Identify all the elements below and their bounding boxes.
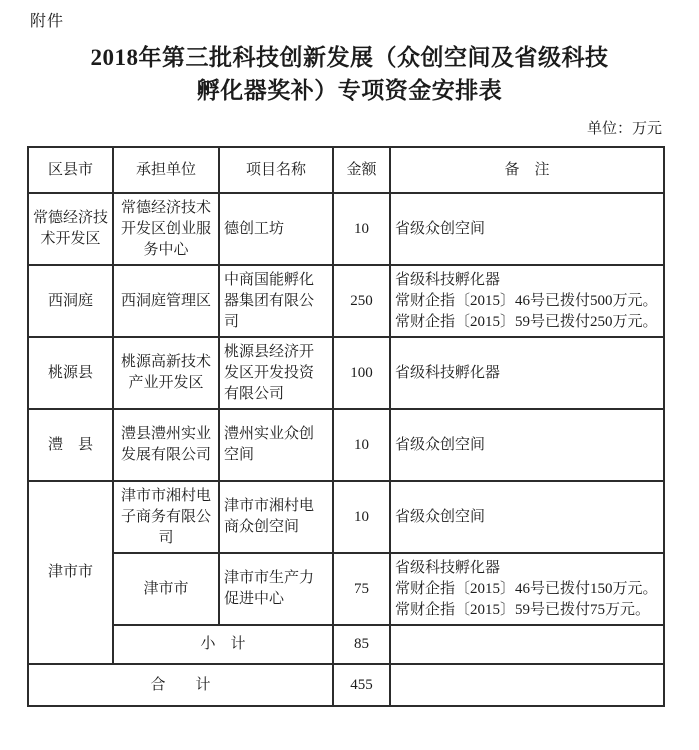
col-header-unit: 承担单位 xyxy=(113,147,219,193)
cell-remark: 省级科技孵化器 xyxy=(390,337,664,409)
col-header-district: 区县市 xyxy=(28,147,113,193)
document-page: 附件 2018年第三批科技创新发展（众创空间及省级科技孵化器奖补）专项资金安排表… xyxy=(0,0,699,750)
subtotal-amount: 85 xyxy=(333,625,390,664)
cell-remark: 省级科技孵化器 常财企指〔2015〕46号已拨付500万元。 常财企指〔2015… xyxy=(390,265,664,337)
total-amount: 455 xyxy=(333,664,390,706)
table-row-changde: 常德经济技术开发区 常德经济技术开发区创业服务中心 德创工坊 10 省级众创空间 xyxy=(28,193,664,265)
table-row-subtotal: 小 计 85 xyxy=(28,625,664,664)
col-header-remark: 备 注 xyxy=(390,147,664,193)
table-header-row: 区县市 承担单位 项目名称 金额 备 注 xyxy=(28,147,664,193)
cell-remark-empty xyxy=(390,664,664,706)
cell-amount: 100 xyxy=(333,337,390,409)
table-row-taoyuan: 桃源县 桃源高新技术产业开发区 桃源县经济开发区开发投资有限公司 100 省级科… xyxy=(28,337,664,409)
table-row-jinshishi-1: 津市市 津市市湘村电子商务有限公司 津市市湘村电商众创空间 10 省级众创空间 xyxy=(28,481,664,553)
document-title-line1: 2018年第三批科技创新发展（众创空间及省级科技 xyxy=(91,45,609,70)
cell-project: 津市市湘村电商众创空间 xyxy=(219,481,333,553)
cell-amount: 10 xyxy=(333,481,390,553)
attachment-label: 附件 xyxy=(30,8,64,31)
subtotal-label: 小 计 xyxy=(113,625,333,664)
cell-unit: 常德经济技术开发区创业服务中心 xyxy=(113,193,219,265)
cell-project: 桃源县经济开发区开发投资有限公司 xyxy=(219,337,333,409)
cell-project: 德创工坊 xyxy=(219,193,333,265)
cell-project: 津市市生产力促进中心 xyxy=(219,553,333,625)
cell-district: 常德经济技术开发区 xyxy=(28,193,113,265)
cell-district: 澧 县 xyxy=(28,409,113,481)
cell-unit: 津市市湘村电子商务有限公司 xyxy=(113,481,219,553)
cell-remark: 省级众创空间 xyxy=(390,409,664,481)
cell-remark: 省级众创空间 xyxy=(390,481,664,553)
cell-district-jinshishi: 津市市 xyxy=(28,481,113,664)
table-row-total: 合 计 455 xyxy=(28,664,664,706)
cell-remark-empty xyxy=(390,625,664,664)
cell-district: 桃源县 xyxy=(28,337,113,409)
cell-amount: 10 xyxy=(333,409,390,481)
document-title-line2: 孵化器奖补）专项资金安排表 xyxy=(197,78,503,103)
document-title: 2018年第三批科技创新发展（众创空间及省级科技孵化器奖补）专项资金安排表 xyxy=(40,41,659,107)
cell-amount: 10 xyxy=(333,193,390,265)
col-header-project: 项目名称 xyxy=(219,147,333,193)
total-label: 合 计 xyxy=(28,664,333,706)
cell-remark: 省级众创空间 xyxy=(390,193,664,265)
cell-project: 中商国能孵化器集团有限公司 xyxy=(219,265,333,337)
table-row-lixian: 澧 县 澧县澧州实业发展有限公司 澧州实业众创空间 10 省级众创空间 xyxy=(28,409,664,481)
cell-unit: 津市市 xyxy=(113,553,219,625)
cell-project: 澧州实业众创空间 xyxy=(219,409,333,481)
cell-amount: 75 xyxy=(333,553,390,625)
unit-note: 单位：万元 xyxy=(587,117,662,138)
table-row-xidongting: 西洞庭 西洞庭管理区 中商国能孵化器集团有限公司 250 省级科技孵化器 常财企… xyxy=(28,265,664,337)
cell-unit: 桃源高新技术产业开发区 xyxy=(113,337,219,409)
table-row-jinshishi-2: 津市市 津市市生产力促进中心 75 省级科技孵化器 常财企指〔2015〕46号已… xyxy=(28,553,664,625)
cell-amount: 250 xyxy=(333,265,390,337)
cell-unit: 澧县澧州实业发展有限公司 xyxy=(113,409,219,481)
cell-unit: 西洞庭管理区 xyxy=(113,265,219,337)
cell-remark: 省级科技孵化器 常财企指〔2015〕46号已拨付150万元。 常财企指〔2015… xyxy=(390,553,664,625)
cell-district: 西洞庭 xyxy=(28,265,113,337)
funding-table: 区县市 承担单位 项目名称 金额 备 注 常德经济技术开发区 常德经济技术开发区… xyxy=(27,146,665,707)
col-header-amount: 金额 xyxy=(333,147,390,193)
